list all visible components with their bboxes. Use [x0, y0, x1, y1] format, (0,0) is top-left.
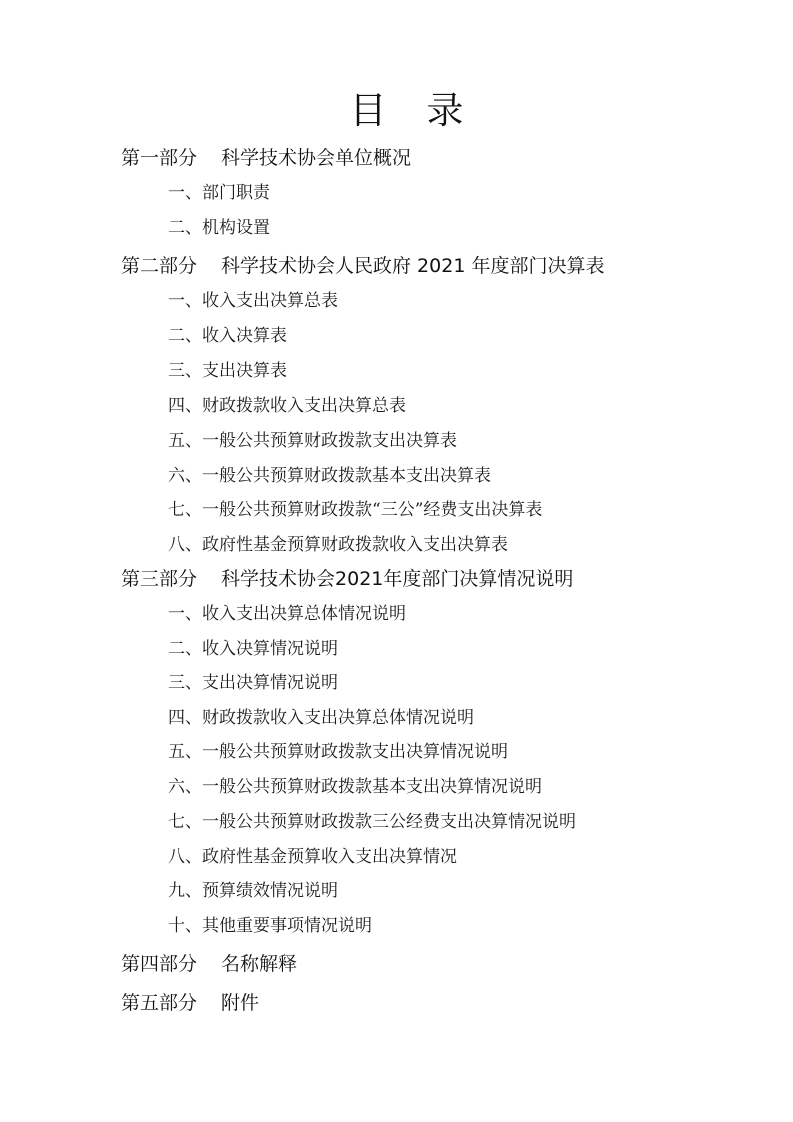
part-number: 第二部分 [121, 253, 197, 279]
toc-item[interactable]: 二、收入决算情况说明 [168, 637, 338, 661]
toc-part-3[interactable]: 第三部分科学技术协会2021年度部门决算情况说明 [121, 566, 573, 592]
toc-item[interactable]: 六、一般公共预算财政拨款基本支出决算表 [168, 464, 491, 488]
part-label: 科学技术协会2021年度部门决算情况说明 [221, 568, 573, 590]
title-char-2: 录 [427, 89, 504, 132]
toc-part-4[interactable]: 第四部分名称解释 [121, 951, 297, 977]
toc-item[interactable]: 七、一般公共预算财政拨款“三公”经费支出决算表 [168, 498, 542, 522]
toc-item[interactable]: 八、政府性基金预算收入支出决算情况 [168, 845, 457, 869]
toc-item[interactable]: 二、机构设置 [168, 216, 270, 240]
part-number: 第一部分 [121, 145, 197, 171]
toc-item[interactable]: 四、财政拨款收入支出决算总表 [168, 394, 406, 418]
toc-item[interactable]: 七、一般公共预算财政拨款三公经费支出决算情况说明 [168, 810, 576, 834]
toc-part-1[interactable]: 第一部分科学技术协会单位概况 [121, 145, 411, 171]
toc-item[interactable]: 三、支出决算表 [168, 359, 287, 383]
toc-item[interactable]: 二、收入决算表 [168, 324, 287, 348]
toc-item[interactable]: 八、政府性基金预算财政拨款收入支出决算表 [168, 533, 508, 557]
toc-part-2[interactable]: 第二部分科学技术协会人民政府 2021 年度部门决算表 [121, 253, 604, 279]
part-label: 附件 [221, 992, 259, 1014]
toc-item[interactable]: 六、一般公共预算财政拨款基本支出决算情况说明 [168, 775, 542, 799]
toc-item[interactable]: 十、其他重要事项情况说明 [168, 914, 372, 938]
toc-item[interactable]: 一、收入支出决算总表 [168, 289, 338, 313]
toc-item[interactable]: 三、支出决算情况说明 [168, 671, 338, 695]
part-number: 第三部分 [121, 566, 197, 592]
part-label: 科学技术协会人民政府 2021 年度部门决算表 [221, 255, 604, 277]
part-number: 第五部分 [121, 990, 197, 1016]
toc-item[interactable]: 五、一般公共预算财政拨款支出决算表 [168, 429, 457, 453]
title-char-1: 目 [350, 89, 427, 132]
part-label: 名称解释 [221, 953, 297, 975]
page-title: 目录 [0, 88, 793, 134]
toc-item[interactable]: 四、财政拨款收入支出决算总体情况说明 [168, 706, 474, 730]
toc-item[interactable]: 五、一般公共预算财政拨款支出决算情况说明 [168, 740, 508, 764]
part-number: 第四部分 [121, 951, 197, 977]
toc-part-5[interactable]: 第五部分附件 [121, 990, 259, 1016]
toc-item[interactable]: 一、部门职责 [168, 181, 270, 205]
toc-item[interactable]: 一、收入支出决算总体情况说明 [168, 602, 406, 626]
part-label: 科学技术协会单位概况 [221, 147, 411, 169]
toc-item[interactable]: 九、预算绩效情况说明 [168, 879, 338, 903]
